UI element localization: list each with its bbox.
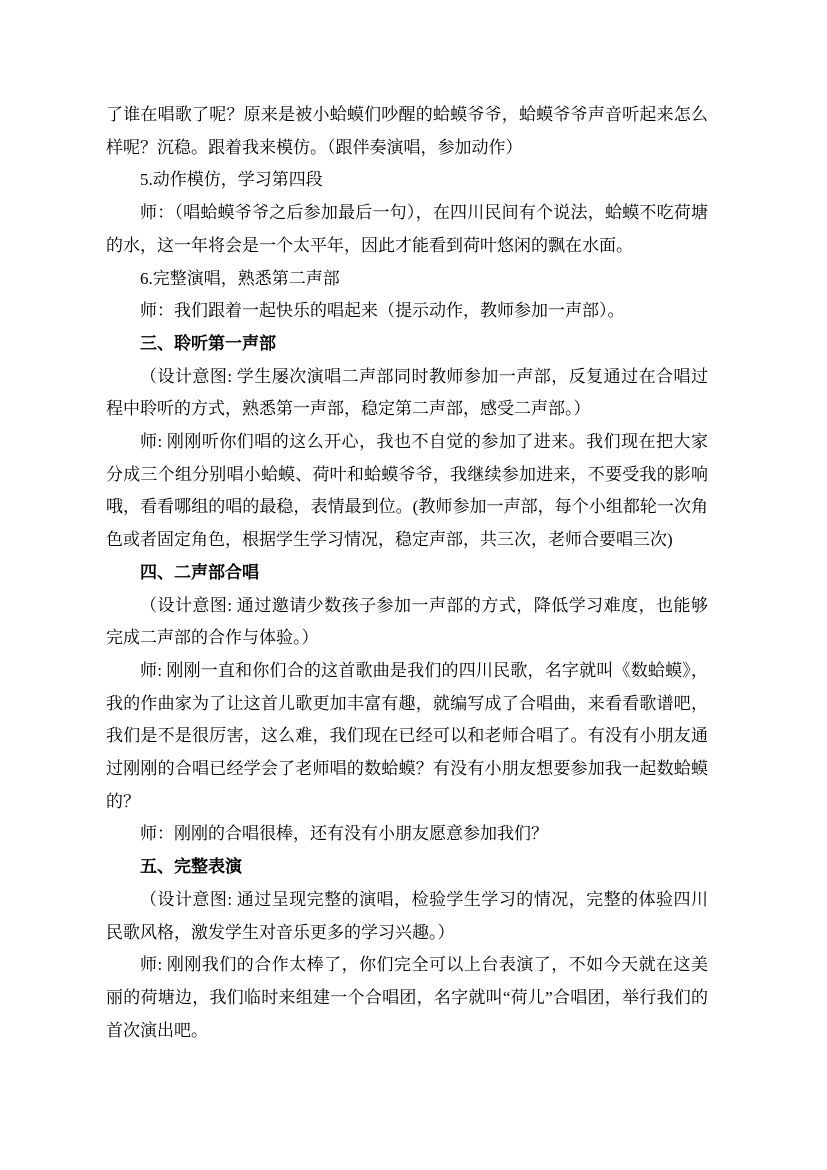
document-body: 了谁在唱歌了呢？原来是被小蛤蟆们吵醒的蛤蟆爷爷，蛤蟆爷爷声音听起来怎么样呢？沉稳… [106, 99, 708, 1047]
paragraph: （设计意图: 通过呈现完整的演唱，检验学生学习的情况，完整的体验四川民歌风格，激… [106, 884, 708, 949]
paragraph: 师: 刚刚一直和你们合的这首歌曲是我们的四川民歌，名字就叫《数蛤蟆》，我的作曲家… [106, 655, 708, 819]
paragraph: 师: 刚刚听你们唱的这么开心，我也不自觉的参加了进来。我们现在把大家分成三个组分… [106, 426, 708, 557]
document-page: 了谁在唱歌了呢？原来是被小蛤蟆们吵醒的蛤蟆爷爷，蛤蟆爷爷声音听起来怎么样呢？沉稳… [0, 0, 827, 1170]
paragraph: 了谁在唱歌了呢？原来是被小蛤蟆们吵醒的蛤蟆爷爷，蛤蟆爷爷声音听起来怎么样呢？沉稳… [106, 99, 708, 164]
paragraph: 6.完整演唱，熟悉第二声部 [106, 263, 708, 296]
paragraph: （设计意图: 学生屡次演唱二声部同时教师参加一声部，反复通过在合唱过程中聆听的方… [106, 361, 708, 426]
section-heading: 四、二声部合唱 [106, 557, 708, 590]
paragraph: 师：刚刚的合唱很棒，还有没有小朋友愿意参加我们？ [106, 818, 708, 851]
paragraph: 师：（唱蛤蟆爷爷之后参加最后一句），在四川民间有个说法，蛤蟆不吃荷塘的水，这一年… [106, 197, 708, 262]
paragraph: 师: 刚刚我们的合作太棒了，你们完全可以上台表演了，不如今天就在这美丽的荷塘边，… [106, 949, 708, 1047]
section-heading: 五、完整表演 [106, 851, 708, 884]
paragraph: （设计意图: 通过邀请少数孩子参加一声部的方式，降低学习难度，也能够完成二声部的… [106, 590, 708, 655]
paragraph: 师：我们跟着一起快乐的唱起来（提示动作，教师参加一声部）。 [106, 295, 708, 328]
paragraph: 5.动作模仿，学习第四段 [106, 164, 708, 197]
section-heading: 三、聆听第一声部 [106, 328, 708, 361]
